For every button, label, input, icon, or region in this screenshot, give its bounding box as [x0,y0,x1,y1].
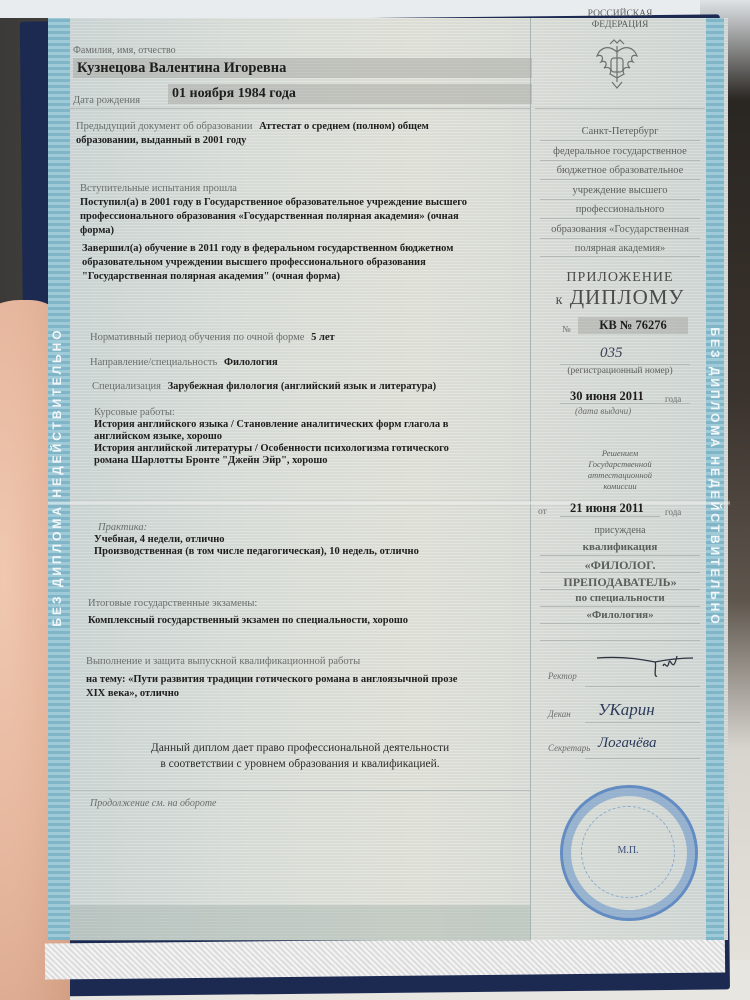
continued-note: Продолжение см. на обороте [90,797,216,811]
decision-from: от [538,505,547,519]
specialty-value: «Филология» [535,609,705,621]
exams-block: Итоговые государственные экзамены: Компл… [88,597,533,628]
completion-block: Завершил(а) обучение в 2011 году в федер… [82,242,527,284]
reg-number-label: (регистрационный номер) [535,366,705,376]
qualification-line-1: «ФИЛОЛОГ. [535,558,705,573]
coursework-label: Курсовые работы: [94,407,539,419]
specialization-label: Специализация [92,381,161,392]
decision-block: Решением Государственной аттестационной … [535,448,705,492]
prev-doc-label: Предыдущий документ об образовании [76,121,252,132]
underline [540,160,700,161]
rector-signature [595,652,695,682]
institution-line: бюджетное образовательное [535,161,705,181]
underline [540,238,700,239]
issue-date-label: (дата выдачи) [575,404,631,418]
direction-label: Направление/специальность [90,357,217,368]
practice-line: Производственная (в том числе педагогиче… [94,546,539,558]
institution-line: профессионального [535,200,705,220]
rights-statement: Данный диплом дает право профессионально… [100,740,500,772]
fio-label: Фамилия, имя, отчество [73,44,176,58]
dean-label: Декан [548,707,571,721]
coursework-block: Курсовые работы: История английского язы… [94,407,539,467]
thesis-block: Выполнение и защита выпускной квалификац… [86,655,531,701]
divider [535,108,705,109]
coursework-line: История английской литературы / Особенно… [94,443,539,455]
exams-label: Итоговые государственные экзамены: [88,597,533,611]
underline [540,199,700,200]
prev-doc: Предыдущий документ об образовании Аттес… [76,120,526,148]
practice-label: Практика: [94,522,539,534]
underline [540,555,700,556]
direction-row: Направление/специальность Филология [90,356,278,370]
underline [540,623,700,624]
country-line: ФЕДЕРАЦИЯ [535,20,705,31]
seal-inner-ring: М.П. [581,806,675,898]
admitted-line-3: форма) [80,224,525,238]
prev-doc-value-cont: образовании, выданный в 2001 году [76,135,246,146]
decision-year-suffix: года [665,505,681,519]
title-prefix: к [556,293,564,308]
divider [70,108,530,109]
underline [585,722,700,723]
number-prefix: № [562,322,571,336]
underline [540,218,700,219]
secretary-signature: Логачёва [598,735,657,752]
specialty-label: по специальности [535,592,705,604]
divider [70,790,530,791]
issue-date: 30 июня 2011 [570,389,644,403]
seal-mp-text: М.П. [582,845,674,856]
entrance-label: Вступительные испытания прошла [80,182,525,196]
awarded: присуждена [535,525,705,536]
completed-line-2: образовательном учреждении высшего профе… [82,256,527,270]
admission-block: Вступительные испытания прошла Поступил(… [80,182,525,238]
rights-line-2: в соответствии с уровнем образования и к… [100,756,500,772]
decision-line: Государственной [535,459,705,470]
institution-line: федеральное государственное [535,142,705,162]
qualification-label: квалификация [535,541,705,553]
title-line-2: к ДИПЛОМУ [535,285,705,310]
period-value: 5 лет [311,332,335,343]
document-content: Фамилия, имя, отчество Кузнецова Валенти… [0,0,750,1000]
practice-line: Учебная, 4 недели, отлично [94,534,539,546]
exams-value: Комплексный государственный экзамен по с… [88,614,533,628]
underline [540,589,700,590]
underline [540,179,700,180]
underline [540,572,700,573]
prev-doc-value: Аттестат о среднем (полном) общем [259,121,429,132]
coursework-line: романа Шарлотты Бронте "Джейн Эйр", хоро… [94,455,539,467]
specialization-value: Зарубежная филология (английский язык и … [168,381,437,392]
title-line-1: ПРИЛОЖЕНИЕ [535,270,705,286]
thesis-line-1: на тему: «Пути развития традиции готичес… [86,673,531,687]
thesis-label: Выполнение и защита выпускной квалификац… [86,655,531,669]
period-label: Нормативный период обучения по очной фор… [90,332,304,343]
completed-line-3: "Государственная полярная академия" (очн… [82,270,527,284]
underline [540,256,700,257]
coat-of-arms-icon [594,38,640,90]
diploma-number: КВ № 76276 [578,317,688,334]
institution-line: Санкт-Петербург [535,122,705,142]
dob-value: 01 ноября 1984 года [168,84,532,104]
underline [560,364,690,365]
country-header: РОССИЙСКАЯ ФЕДЕРАЦИЯ [535,9,705,31]
decision-line: аттестационной [535,470,705,481]
admitted-line-2: профессионального образования «Государст… [80,210,525,224]
underline [540,640,700,641]
country-line: РОССИЙСКАЯ [535,9,705,20]
specialization-row: Специализация Зарубежная филология (англ… [92,380,436,394]
admitted-line-1: Поступил(а) в 2001 году в Государственно… [80,196,525,210]
underline [540,606,700,607]
official-seal: М.П. [560,785,698,921]
fio-value: Кузнецова Валентина Игоревна [73,58,532,78]
completed-line-1: Завершил(а) обучение в 2011 году в федер… [82,242,527,256]
thesis-line-2: XIX века», отлично [86,687,531,701]
period-row: Нормативный период обучения по очной фор… [90,331,335,345]
dob-label: Дата рождения [73,94,140,108]
underline [560,516,660,517]
title-diploma: ДИПЛОМУ [570,285,685,309]
underline [540,140,700,141]
institution-line: учреждение высшего [535,181,705,201]
reg-number: 035 [600,346,623,360]
direction-value: Филология [224,357,278,368]
practice-block: Практика: Учебная, 4 недели, отлично Про… [94,522,539,558]
institution-line: образования «Государственная [535,220,705,240]
decision-line: комиссии [535,481,705,492]
dean-signature: УКарин [598,700,655,720]
qualification-line-2: ПРЕПОДАВАТЕЛЬ» [535,575,705,590]
decision-line: Решением [535,448,705,459]
coursework-line: История английского языка / Становление … [94,419,539,431]
rector-label: Ректор [548,669,577,683]
secretary-label: Секретарь [548,741,590,755]
underline [585,686,700,687]
decision-date: 21 июня 2011 [570,501,644,515]
rights-line-1: Данный диплом дает право профессионально… [100,740,500,756]
coursework-line: английском языке, хорошо [94,431,539,443]
underline [585,758,700,759]
